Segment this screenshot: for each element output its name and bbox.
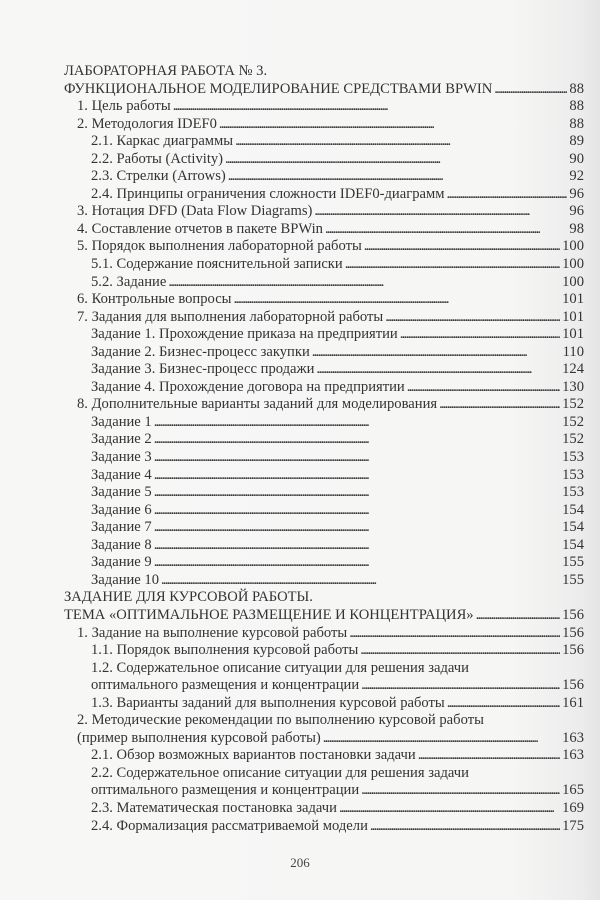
toc-entry-title: 5.1. Содержание пояснительной записки xyxy=(91,256,343,274)
toc-entry-title: 3. Нотация DFD (Data Flow Diagrams) xyxy=(77,203,312,221)
toc-entry-page: 100 xyxy=(562,274,584,292)
toc-entry-page: 101 xyxy=(562,309,584,327)
dot-leader xyxy=(370,818,560,836)
toc-entry: 1.2. Содержательное описание ситуации дл… xyxy=(64,660,584,678)
toc-heading: ТЕМА «ОПТИМАЛЬНОЕ РАЗМЕЩЕНИЕ И КОНЦЕНТРА… xyxy=(64,607,584,625)
toc-entry-page: 152 xyxy=(562,396,584,414)
toc-entry-page: 100 xyxy=(562,238,584,256)
toc-entry-title: Задание 1 xyxy=(91,414,152,432)
toc-entry-page: 154 xyxy=(562,519,584,537)
toc-entry-page: 153 xyxy=(562,449,584,467)
toc-entry-title: 1.2. Содержательное описание ситуации дл… xyxy=(91,660,469,678)
dot-leader xyxy=(154,519,560,537)
toc-heading: ЛАБОРАТОРНАЯ РАБОТА № 3. xyxy=(64,63,584,81)
toc-entry: Задание 8154 xyxy=(64,537,584,555)
toc-entry-page: 156 xyxy=(562,607,584,625)
toc-entry-title: 2.4. Формализация рассматриваемой модели xyxy=(91,818,368,836)
toc-entry-title: ЗАДАНИЕ ДЛЯ КУРСОВОЙ РАБОТЫ. xyxy=(64,589,313,607)
toc-entry: 5.2. Задание100 xyxy=(64,274,584,292)
dot-leader xyxy=(154,449,560,467)
dot-leader xyxy=(228,168,568,186)
toc-entry-title: оптимального размещения и концентрации xyxy=(91,677,359,695)
dot-leader xyxy=(446,186,567,204)
toc-entry: 2.1. Обзор возможных вариантов постановк… xyxy=(64,747,584,765)
toc-entry: Задание 1152 xyxy=(64,414,584,432)
toc-entry-title: (пример выполнения курсовой работы) xyxy=(77,730,321,748)
dot-leader xyxy=(361,782,560,800)
toc-entry-title: 2.3. Математическая постановка задачи xyxy=(91,800,337,818)
toc-entry-page: 175 xyxy=(562,818,584,836)
book-page: ЛАБОРАТОРНАЯ РАБОТА № 3.ФУНКЦИОНАЛЬНОЕ М… xyxy=(0,0,600,900)
toc-entry-page: 88 xyxy=(569,81,584,99)
toc-entry-title: 2. Методология IDEF0 xyxy=(77,116,217,134)
toc-entry: Задание 7154 xyxy=(64,519,584,537)
dot-leader xyxy=(339,800,560,818)
toc-entry-title: 5. Порядок выполнения лабораторной работ… xyxy=(77,238,362,256)
toc-entry-title: 2.1. Каркас диаграммы xyxy=(91,133,233,151)
toc-entry-page: 98 xyxy=(569,221,584,239)
toc-entry-page: 101 xyxy=(562,291,584,309)
toc-entry-title: Задание 1. Прохождение приказа на предпр… xyxy=(91,326,398,344)
toc-entry-title: Задание 10 xyxy=(91,572,159,590)
toc-entry: Задание 4. Прохождение договора на предп… xyxy=(64,379,584,397)
toc-entry: 1. Цель работы88 xyxy=(64,98,584,116)
toc-entry-title: ТЕМА «ОПТИМАЛЬНОЕ РАЗМЕЩЕНИЕ И КОНЦЕНТРА… xyxy=(64,607,474,625)
toc-entry: 1.1. Порядок выполнения курсовой работы1… xyxy=(64,642,584,660)
dot-leader xyxy=(476,607,561,625)
toc-entry-title: Задание 5 xyxy=(91,484,152,502)
dot-leader xyxy=(407,379,560,397)
toc-entry: 2.1. Каркас диаграммы89 xyxy=(64,133,584,151)
toc-entry: Задание 3. Бизнес-процесс продажи124 xyxy=(64,361,584,379)
toc-entry-page: 169 xyxy=(562,800,584,818)
toc-entry-title: 2.4. Принципы ограничения сложности IDEF… xyxy=(91,186,444,204)
toc-entry-title: 1.3. Варианты заданий для выполнения кур… xyxy=(91,695,445,713)
toc-entry-page: 154 xyxy=(562,537,584,555)
toc-entry-page: 155 xyxy=(562,554,584,572)
toc-entry: 6. Контрольные вопросы101 xyxy=(64,291,584,309)
toc-entry-page: 96 xyxy=(569,186,584,204)
toc-entry-title: 4. Составление отчетов в пакете BPWin xyxy=(77,221,323,239)
toc-entry: 5. Порядок выполнения лабораторной работ… xyxy=(64,238,584,256)
dot-leader xyxy=(418,747,560,765)
dot-leader xyxy=(323,730,560,748)
toc-entry-title: Задание 3 xyxy=(91,449,152,467)
toc-entry: 4. Составление отчетов в пакете BPWin98 xyxy=(64,221,584,239)
toc-entry-title: 8. Дополнительные варианты заданий для м… xyxy=(77,396,437,414)
toc-entry: 3. Нотация DFD (Data Flow Diagrams)96 xyxy=(64,203,584,221)
dot-leader xyxy=(312,344,561,362)
dot-leader xyxy=(154,502,560,520)
toc-entry-title: Задание 7 xyxy=(91,519,152,537)
toc-entry-title: Задание 2. Бизнес-процесс закупки xyxy=(91,344,310,362)
toc-entry-title: Задание 4. Прохождение договора на предп… xyxy=(91,379,405,397)
toc-entry-page: 130 xyxy=(562,379,584,397)
dot-leader xyxy=(154,554,560,572)
toc-entry-page: 163 xyxy=(562,730,584,748)
dot-leader xyxy=(361,677,560,695)
toc-entry-page: 92 xyxy=(569,168,584,186)
toc-entry: 2.4. Принципы ограничения сложности IDEF… xyxy=(64,186,584,204)
toc-entry: 7. Задания для выполнения лабораторной р… xyxy=(64,309,584,327)
dot-leader xyxy=(400,326,560,344)
toc-entry-title: 1. Цель работы xyxy=(77,98,171,116)
toc-entry-page: 110 xyxy=(563,344,584,362)
toc-entry-page: 161 xyxy=(562,695,584,713)
dot-leader xyxy=(154,414,560,432)
table-of-contents: ЛАБОРАТОРНАЯ РАБОТА № 3.ФУНКЦИОНАЛЬНОЕ М… xyxy=(64,63,584,835)
toc-entry: 2.3. Стрелки (Arrows)92 xyxy=(64,168,584,186)
dot-leader xyxy=(494,81,567,99)
dot-leader xyxy=(161,572,560,590)
toc-entry: оптимального размещения и концентрации16… xyxy=(64,782,584,800)
toc-entry-page: 88 xyxy=(569,98,584,116)
toc-heading: ЗАДАНИЕ ДЛЯ КУРСОВОЙ РАБОТЫ. xyxy=(64,589,584,607)
toc-entry-title: 2.2. Работы (Activity) xyxy=(91,151,223,169)
toc-entry: Задание 5153 xyxy=(64,484,584,502)
toc-heading: ФУНКЦИОНАЛЬНОЕ МОДЕЛИРОВАНИЕ СРЕДСТВАМИ … xyxy=(64,81,584,99)
toc-entry-title: Задание 8 xyxy=(91,537,152,555)
dot-leader xyxy=(345,256,560,274)
toc-entry-page: 152 xyxy=(562,414,584,432)
toc-entry-title: Задание 4 xyxy=(91,467,152,485)
toc-entry-page: 156 xyxy=(562,642,584,660)
toc-entry-page: 89 xyxy=(569,133,584,151)
toc-entry-page: 163 xyxy=(562,747,584,765)
toc-entry-title: ФУНКЦИОНАЛЬНОЕ МОДЕЛИРОВАНИЕ СРЕДСТВАМИ … xyxy=(64,81,492,99)
dot-leader xyxy=(325,221,567,239)
toc-entry-page: 156 xyxy=(562,625,584,643)
page-number: 206 xyxy=(0,855,600,871)
toc-entry: оптимального размещения и концентрации15… xyxy=(64,677,584,695)
toc-entry-page: 156 xyxy=(562,677,584,695)
toc-entry: Задание 4153 xyxy=(64,467,584,485)
toc-entry-page: 155 xyxy=(562,572,584,590)
toc-entry: Задание 3153 xyxy=(64,449,584,467)
toc-entry-title: оптимального размещения и концентрации xyxy=(91,782,359,800)
toc-entry-title: 2.3. Стрелки (Arrows) xyxy=(91,168,226,186)
toc-entry-title: 1. Задание на выполнение курсовой работы xyxy=(77,625,347,643)
toc-entry-title: Задание 6 xyxy=(91,502,152,520)
dot-leader xyxy=(314,203,567,221)
toc-entry: Задание 1. Прохождение приказа на предпр… xyxy=(64,326,584,344)
dot-leader xyxy=(154,431,560,449)
dot-leader xyxy=(235,133,567,151)
dot-leader xyxy=(360,642,560,660)
toc-entry-page: 100 xyxy=(562,256,584,274)
toc-entry: Задание 2152 xyxy=(64,431,584,449)
toc-entry: 2.3. Математическая постановка задачи169 xyxy=(64,800,584,818)
toc-entry-page: 124 xyxy=(562,361,584,379)
toc-entry-title: Задание 9 xyxy=(91,554,152,572)
toc-entry-page: 96 xyxy=(569,203,584,221)
dot-leader xyxy=(447,695,560,713)
dot-leader xyxy=(349,625,560,643)
toc-entry-title: 5.2. Задание xyxy=(91,274,166,292)
dot-leader xyxy=(225,151,567,169)
toc-entry-title: Задание 2 xyxy=(91,431,152,449)
toc-entry-title: 2.1. Обзор возможных вариантов постановк… xyxy=(91,747,416,765)
dot-leader xyxy=(154,484,560,502)
toc-entry-title: 2. Методические рекомендации по выполнен… xyxy=(77,712,484,730)
toc-entry: 2.2. Работы (Activity)90 xyxy=(64,151,584,169)
toc-entry: 1.3. Варианты заданий для выполнения кур… xyxy=(64,695,584,713)
dot-leader xyxy=(364,238,560,256)
toc-entry-page: 153 xyxy=(562,467,584,485)
toc-entry-page: 154 xyxy=(562,502,584,520)
toc-entry: Задание 2. Бизнес-процесс закупки110 xyxy=(64,344,584,362)
toc-entry-title: Задание 3. Бизнес-процесс продажи xyxy=(91,361,314,379)
toc-entry: 2.2. Содержательное описание ситуации дл… xyxy=(64,765,584,783)
toc-entry-title: 2.2. Содержательное описание ситуации дл… xyxy=(91,765,469,783)
dot-leader xyxy=(219,116,567,134)
dot-leader xyxy=(154,467,560,485)
toc-entry: 5.1. Содержание пояснительной записки100 xyxy=(64,256,584,274)
dot-leader xyxy=(173,98,568,116)
toc-entry-title: 7. Задания для выполнения лабораторной р… xyxy=(77,309,383,327)
toc-entry-page: 153 xyxy=(562,484,584,502)
toc-entry: 1. Задание на выполнение курсовой работы… xyxy=(64,625,584,643)
toc-entry-page: 90 xyxy=(569,151,584,169)
dot-leader xyxy=(154,537,560,555)
toc-entry-title: ЛАБОРАТОРНАЯ РАБОТА № 3. xyxy=(64,63,267,81)
toc-entry: Задание 6154 xyxy=(64,502,584,520)
toc-entry-page: 101 xyxy=(562,326,584,344)
dot-leader xyxy=(439,396,560,414)
toc-entry-page: 165 xyxy=(562,782,584,800)
dot-leader xyxy=(385,309,560,327)
toc-entry: Задание 10155 xyxy=(64,572,584,590)
dot-leader xyxy=(168,274,560,292)
toc-entry: 2. Методология IDEF088 xyxy=(64,116,584,134)
dot-leader xyxy=(233,291,560,309)
toc-entry: (пример выполнения курсовой работы)163 xyxy=(64,730,584,748)
toc-entry-title: 6. Контрольные вопросы xyxy=(77,291,231,309)
toc-entry-page: 88 xyxy=(569,116,584,134)
toc-entry-title: 1.1. Порядок выполнения курсовой работы xyxy=(91,642,358,660)
toc-entry: 2.4. Формализация рассматриваемой модели… xyxy=(64,818,584,836)
toc-entry: 8. Дополнительные варианты заданий для м… xyxy=(64,396,584,414)
toc-entry: Задание 9155 xyxy=(64,554,584,572)
dot-leader xyxy=(316,361,560,379)
toc-entry: 2. Методические рекомендации по выполнен… xyxy=(64,712,584,730)
toc-entry-page: 152 xyxy=(562,431,584,449)
